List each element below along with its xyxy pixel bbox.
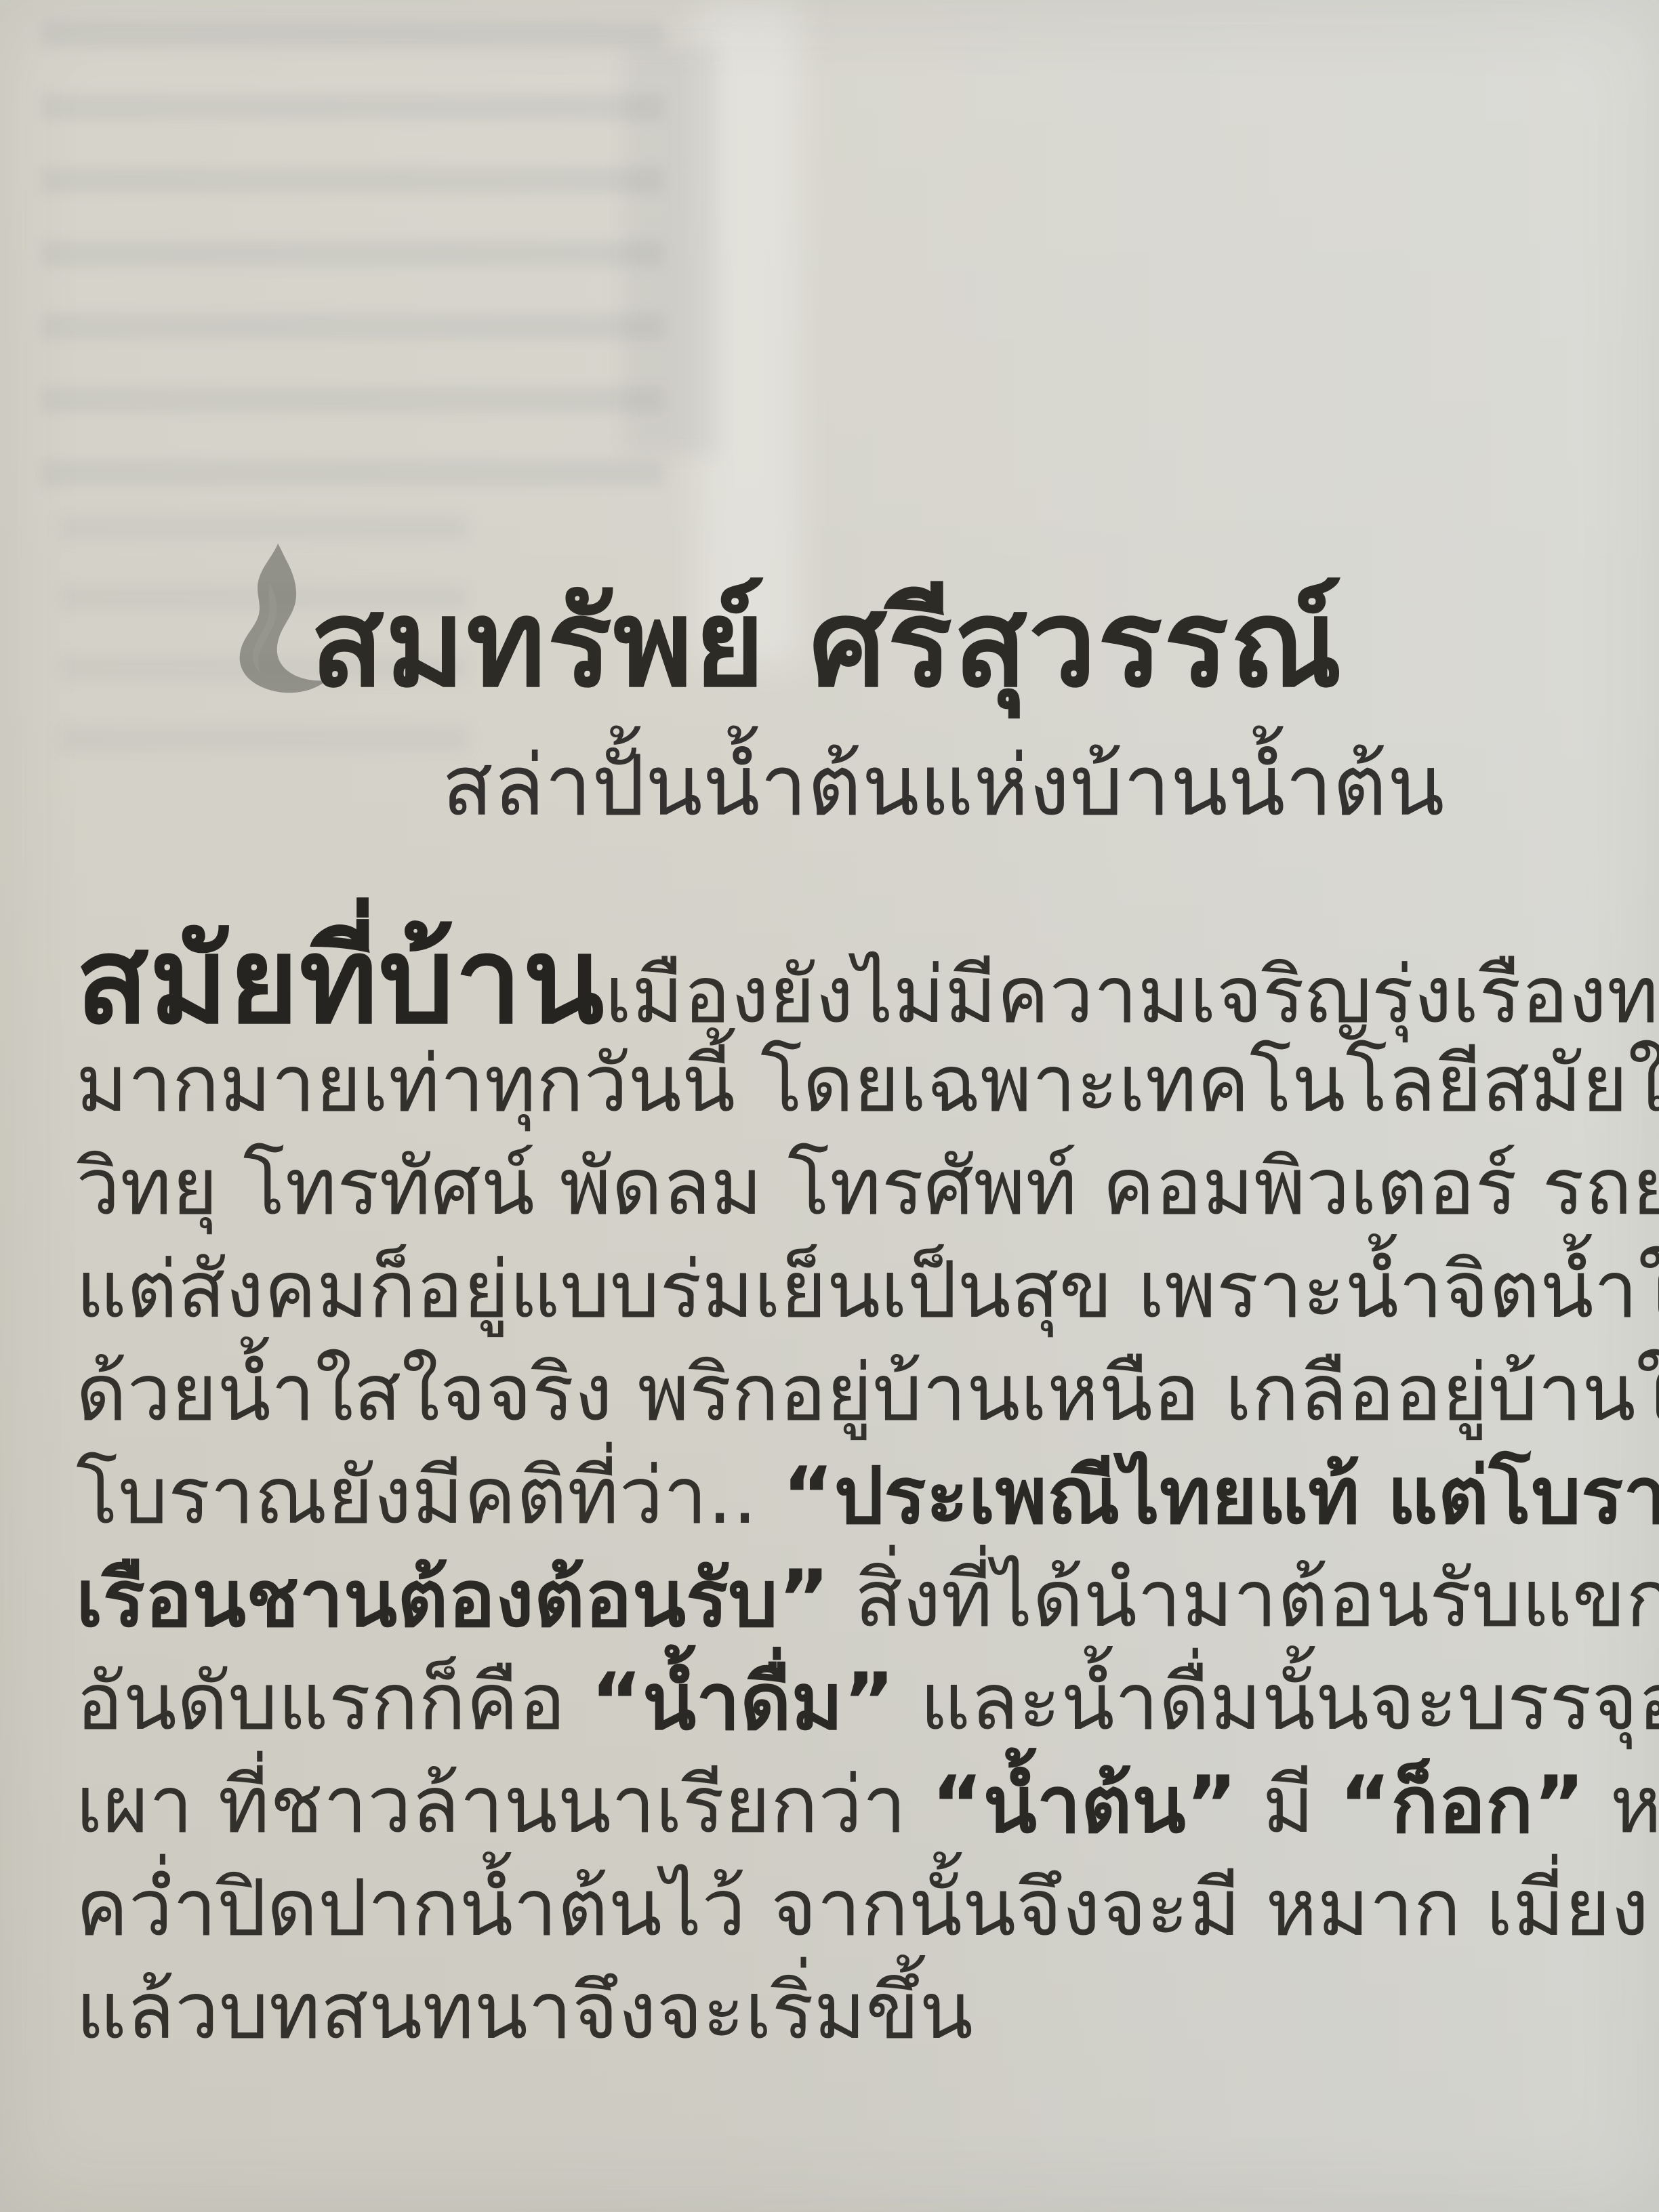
text-segment: มากมายเท่าทุกวันนี้ โดยเฉพาะเทคโนโลยีสมั… (76, 1038, 1659, 1130)
text-segment: โบราณยังมีคติที่ว่า.. (76, 1450, 782, 1542)
text-segment: คว่ำปิดปากน้ำต้นไว้ จากนั้นจึงจะมี หมาก … (76, 1862, 1659, 1954)
body-line: แต่สังคมก็อยู่แบบร่มเย็นเป็นสุข เพราะน้ำ… (76, 1239, 1519, 1342)
body-line: แล้วบทสนทนาจึงจะเริ่มขึ้น (76, 1960, 1519, 2063)
body-line: สมัยที่บ้านเมืองยังไม่มีความเจริญรุ่งเรื… (76, 930, 1519, 1033)
text-segment: วิทยุ โทรทัศน์ พัดลม โทรศัพท์ คอมพิวเตอร… (76, 1141, 1659, 1233)
body-line: เรือนชานต้องต้อนรับ” สิ่งที่ได้นำมาต้อนร… (76, 1548, 1519, 1651)
reverse-page-show-through-column (623, 47, 718, 454)
text-segment: “ก็อก” (1339, 1759, 1585, 1851)
body-line: เผา ที่ชาวล้านนาเรียกว่า “น้ำต้น” มี “ก็… (76, 1754, 1519, 1857)
light-streak (698, 0, 800, 664)
text-segment: “น้ำต้น” (931, 1759, 1237, 1851)
text-segment: แล้วบทสนทนาจึงจะเริ่มขึ้น (76, 1965, 973, 2057)
text-segment: เรือนชานต้องต้อนรับ” (76, 1553, 829, 1645)
text-segment: สมัยที่บ้าน (76, 912, 605, 1050)
body-line: มากมายเท่าทุกวันนี้ โดยเฉพาะเทคโนโลยีสมั… (76, 1033, 1519, 1136)
body-line: วิทยุ โทรทัศน์ พัดลม โทรศัพท์ คอมพิวเตอร… (76, 1136, 1519, 1239)
reverse-page-show-through (41, 20, 664, 508)
text-segment: มี (1237, 1759, 1339, 1851)
body-line: ด้วยน้ำใสใจจริง พริกอยู่บ้านเหนือ เกลืออ… (76, 1342, 1519, 1445)
text-segment: เมืองยังไม่มีความเจริญรุ่งเรืองทางด้านวั… (605, 949, 1659, 1041)
text-segment: เผา ที่ชาวล้านนาเรียกว่า (76, 1759, 931, 1851)
text-segment: สิ่งที่ได้นำมาต้อนรับแขกบ้านแขกเมือง (829, 1553, 1659, 1645)
body-line: อันดับแรกก็คือ “น้ำดื่ม” และน้ำดื่มนั้นจ… (76, 1651, 1519, 1754)
body-line: โบราณยังมีคติที่ว่า.. “ประเพณีไทยแท้ แต่… (76, 1445, 1519, 1548)
body-paragraph: สมัยที่บ้านเมืองยังไม่มีความเจริญรุ่งเรื… (76, 930, 1519, 2063)
text-segment: ด้วยน้ำใสใจจริง พริกอยู่บ้านเหนือ เกลืออ… (76, 1347, 1659, 1439)
text-segment: อันดับแรกก็คือ (76, 1656, 591, 1748)
text-segment: “ประเพณีไทยแท้ แต่โบราณ ใครมาถึง (782, 1450, 1659, 1542)
body-line: คว่ำปิดปากน้ำต้นไว้ จากนั้นจึงจะมี หมาก … (76, 1857, 1519, 1960)
page-subtitle: สล่าปั้นน้ำต้นแห่งบ้านน้ำต้น (442, 736, 1499, 837)
scanned-page: สมทรัพย์ ศรีสุวรรณ์ สล่าปั้นน้ำต้นแห่งบ้… (0, 0, 1659, 2212)
text-segment: แต่สังคมก็อยู่แบบร่มเย็นเป็นสุข เพราะน้ำ… (76, 1244, 1659, 1336)
text-segment: และน้ำดื่มนั้นจะบรรจุอยู่ในภาชนะดิน (895, 1656, 1659, 1748)
page-title: สมทรัพย์ ศรีสุวรรณ์ (310, 577, 1503, 710)
text-segment: หรือ (1585, 1759, 1659, 1851)
text-segment: “น้ำดื่ม” (591, 1656, 895, 1748)
